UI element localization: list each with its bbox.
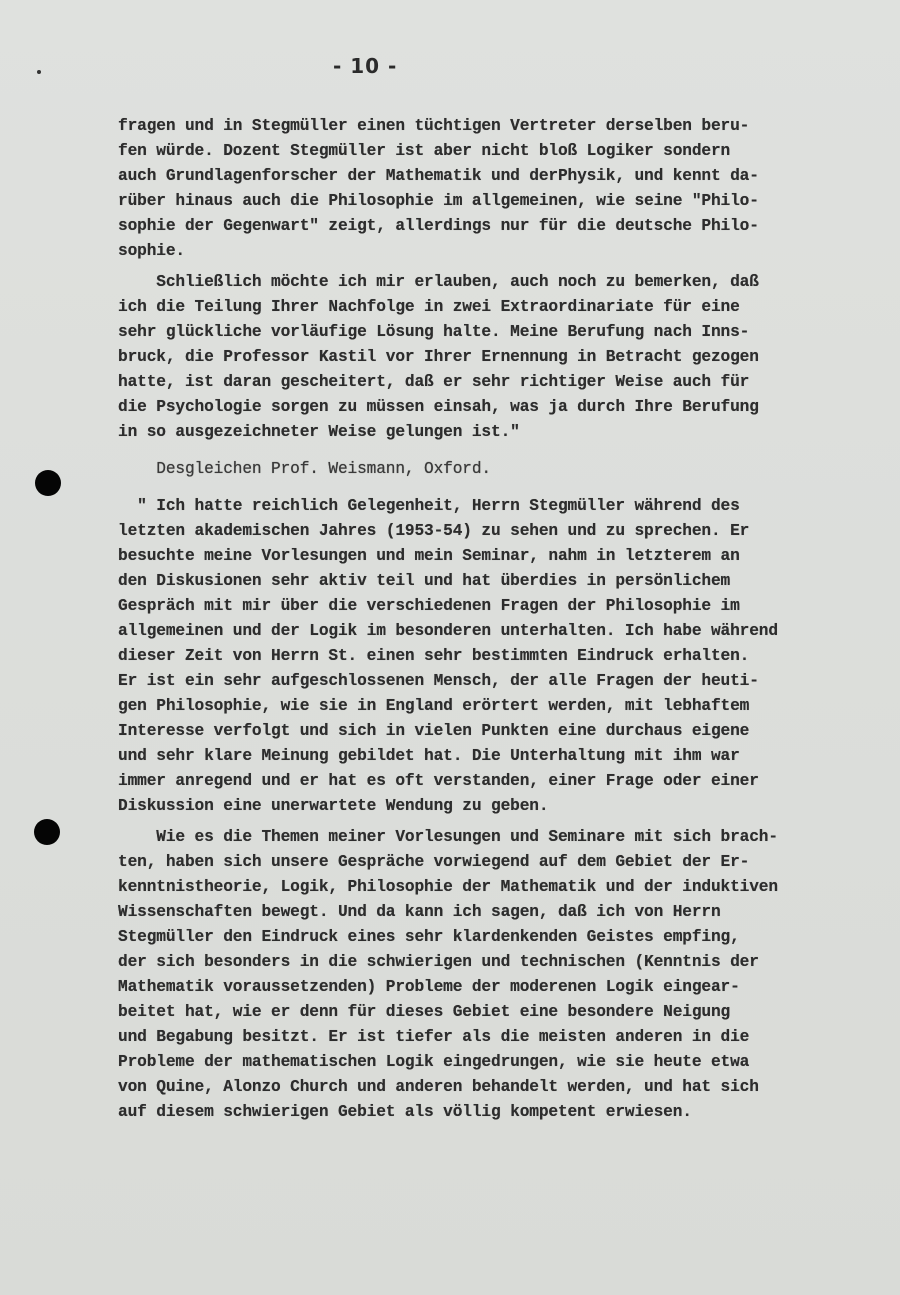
text-line: Er ist ein sehr aufgeschlossenen Mensch,…	[118, 669, 898, 694]
text-line: beitet hat, wie er denn für dieses Gebie…	[118, 1000, 898, 1025]
text-line: Mathematik voraussetzenden) Probleme der…	[118, 975, 898, 1000]
text-line: immer anregend und er hat es oft verstan…	[118, 769, 898, 794]
text-line: letzten akademischen Jahres (1953-54) zu…	[118, 519, 898, 544]
text-line: Diskussion eine unerwartete Wendung zu g…	[118, 794, 898, 819]
text-line: rüber hinaus auch die Philosophie im all…	[118, 189, 898, 214]
paragraph: " Ich hatte reichlich Gelegenheit, Herrn…	[118, 494, 898, 819]
paragraph: fragen und in Stegmüller einen tüchtigen…	[118, 114, 898, 264]
paragraph: Wie es die Themen meiner Vorlesungen und…	[118, 825, 898, 1125]
text-line: Wie es die Themen meiner Vorlesungen und…	[118, 825, 898, 850]
text-line: in so ausgezeichneter Weise gelungen ist…	[118, 420, 898, 445]
text-line: hatte, ist daran gescheitert, daß er seh…	[118, 370, 898, 395]
text-line: allgemeinen und der Logik im besonderen …	[118, 619, 898, 644]
text-line: Stegmüller den Eindruck eines sehr klard…	[118, 925, 898, 950]
text-line: Gespräch mit mir über die verschiedenen …	[118, 594, 898, 619]
text-line: Interesse verfolgt und sich in vielen Pu…	[118, 719, 898, 744]
text-line: bruck, die Professor Kastil vor Ihrer Er…	[118, 345, 898, 370]
text-line: sehr glückliche vorläufige Lösung halte.…	[118, 320, 898, 345]
text-line: dieser Zeit von Herrn St. einen sehr bes…	[118, 644, 898, 669]
text-line: auf diesem schwierigen Gebiet als völlig…	[118, 1100, 898, 1125]
text-line: gen Philosophie, wie sie in England erör…	[118, 694, 898, 719]
text-line: kenntnistheorie, Logik, Philosophie der …	[118, 875, 898, 900]
text-line: der sich besonders in die schwierigen un…	[118, 950, 898, 975]
text-line: besuchte meine Vorlesungen und mein Semi…	[118, 544, 898, 569]
text-line: Probleme der mathematischen Logik einged…	[118, 1050, 898, 1075]
punch-hole-icon	[34, 819, 60, 845]
text-line: auch Grundlagenforscher der Mathematik u…	[118, 164, 898, 189]
text-line: die Psychologie sorgen zu müssen einsah,…	[118, 395, 898, 420]
text-line: Wissenschaften bewegt. Und da kann ich s…	[118, 900, 898, 925]
document-body: fragen und in Stegmüller einen tüchtigen…	[118, 114, 898, 1125]
paragraph: Desgleichen Prof. Weismann, Oxford.	[118, 457, 898, 482]
text-line: ten, haben sich unsere Gespräche vorwieg…	[118, 850, 898, 875]
text-line: sophie der Gegenwart" zeigt, allerdings …	[118, 214, 898, 239]
punch-hole-icon	[35, 470, 61, 496]
text-line: fragen und in Stegmüller einen tüchtigen…	[118, 114, 898, 139]
text-line: Desgleichen Prof. Weismann, Oxford.	[118, 457, 898, 482]
text-line: sophie.	[118, 239, 898, 264]
paragraph: Schließlich möchte ich mir erlauben, auc…	[118, 270, 898, 445]
text-line: ich die Teilung Ihrer Nachfolge in zwei …	[118, 295, 898, 320]
text-line: fen würde. Dozent Stegmüller ist aber ni…	[118, 139, 898, 164]
ink-speck	[37, 70, 41, 74]
text-line: " Ich hatte reichlich Gelegenheit, Herrn…	[118, 494, 898, 519]
text-line: den Diskusionen sehr aktiv teil und hat …	[118, 569, 898, 594]
text-line: Schließlich möchte ich mir erlauben, auc…	[118, 270, 898, 295]
page-number: - 10 -	[333, 54, 397, 78]
text-line: von Quine, Alonzo Church und anderen beh…	[118, 1075, 898, 1100]
document-page: - 10 - fragen und in Stegmüller einen tü…	[0, 0, 900, 1295]
text-line: und Begabung besitzt. Er ist tiefer als …	[118, 1025, 898, 1050]
text-line: und sehr klare Meinung gebildet hat. Die…	[118, 744, 898, 769]
